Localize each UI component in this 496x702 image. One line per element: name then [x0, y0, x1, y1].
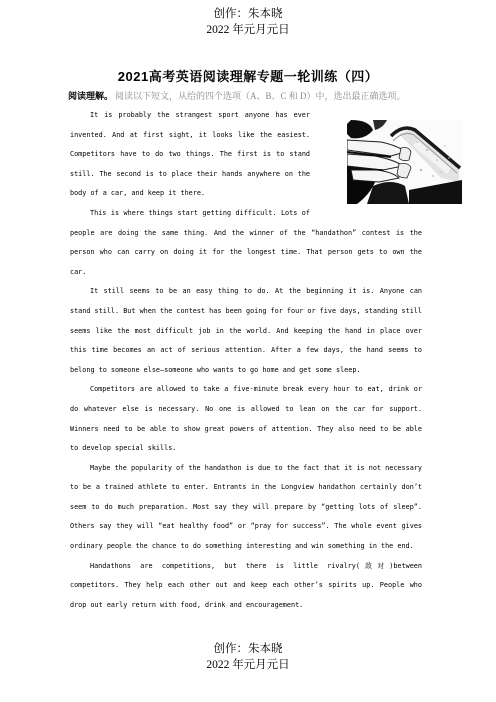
instruction-text: 阅读以下短文，从给的四个选项（A、B、C 和 D）中，选出最正确选项。 [115, 91, 406, 101]
paragraph-6: Handathons are competitions, but there i… [70, 557, 422, 616]
header-author-line: 创作：朱本晓 [0, 6, 496, 22]
document-footer: 创作：朱本晓 2022 年元月元日 [0, 641, 496, 673]
paragraph-5: Maybe the popularity of the handathon is… [70, 459, 422, 557]
header-date-line: 2022 年元月元日 [0, 22, 496, 38]
paragraph-3: It still seems to be an easy thing to do… [70, 282, 422, 380]
footer-author-line: 创作：朱本晓 [0, 641, 496, 657]
instruction-label: 阅读理解。 [68, 91, 113, 101]
footer-date-line: 2022 年元月元日 [0, 657, 496, 673]
document-page: 创作：朱本晓 2022 年元月元日 2021高考英语阅读理解专题一轮训练（四） … [0, 0, 496, 702]
document-header: 创作：朱本晓 2022 年元月元日 [0, 6, 496, 38]
instruction-line: 阅读理解。阅读以下短文，从给的四个选项（A、B、C 和 D）中，选出最正确选项。 [68, 90, 428, 102]
paragraph-4: Competitors are allowed to take a five-m… [70, 380, 422, 458]
page-title: 2021高考英语阅读理解专题一轮训练（四） [0, 66, 496, 85]
hands-on-car-photo [347, 120, 462, 204]
